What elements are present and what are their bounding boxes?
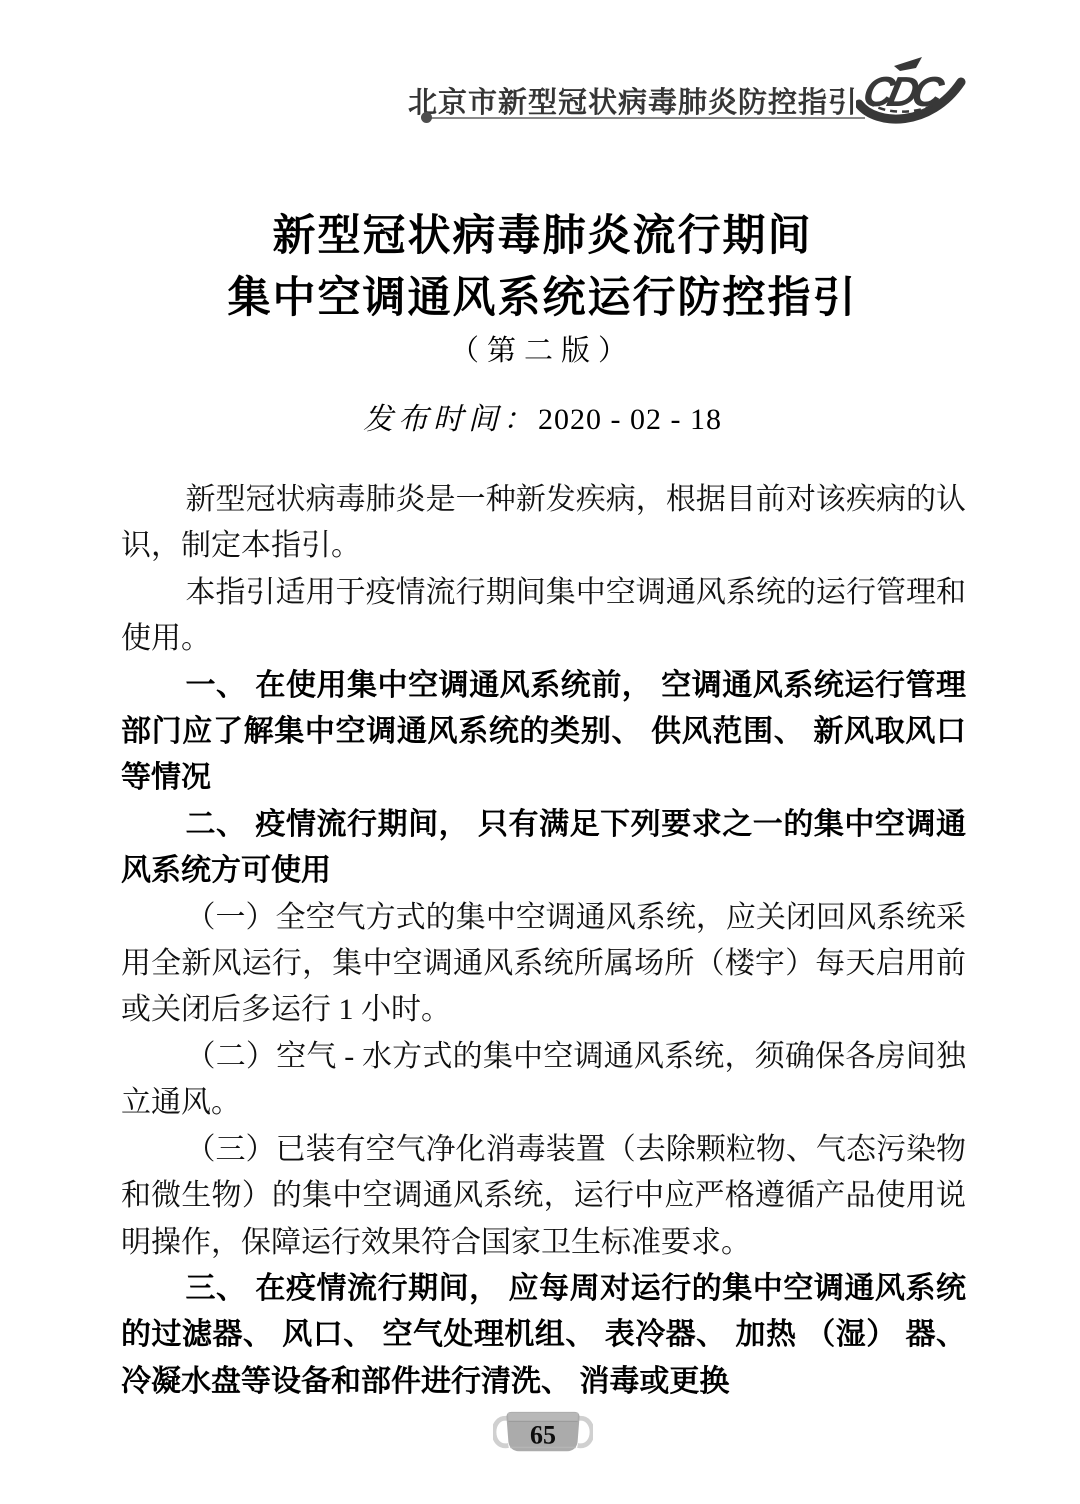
paragraph-item-1: （一）全空气方式的集中空调通风系统，应关闭回风系统采用全新风运行，集中空调通风系… — [121, 895, 966, 1034]
paragraph-item-2: （二）空气 - 水方式的集中空调通风系统，须确保各房间独立通风。 — [121, 1034, 966, 1127]
publish-date-value: 2020 - 02 - 18 — [538, 403, 722, 436]
section-heading-3: 三、 在疫情流行期间， 应每周对运行的集中空调通风系统的过滤器、 风口、 空气处… — [121, 1266, 966, 1405]
document-body: 新型冠状病毒肺炎是一种新发疾病，根据目前对该疾病的认识，制定本指引。 本指引适用… — [121, 477, 966, 1405]
face-mask-icon: 65 — [493, 1404, 593, 1462]
publish-line: 发布时间：2020 - 02 - 18 — [120, 394, 965, 438]
section-heading-2: 二、 疫情流行期间， 只有满足下列要求之一的集中空调通风系统方可使用 — [121, 802, 966, 895]
page-number: 65 — [530, 1421, 556, 1450]
mask-right-strap — [577, 1418, 591, 1446]
paragraph-item-3: （三）已装有空气净化消毒装置（去除颗粒物、气态污染物和微生物）的集中空调通风系统… — [121, 1127, 966, 1266]
paragraph-scope: 本指引适用于疫情流行期间集中空调通风系统的运行管理和使用。 — [121, 570, 966, 663]
section-heading-1: 一、 在使用集中空调通风系统前， 空调通风系统运行管理部门应了解集中空调通风系统… — [121, 663, 966, 802]
mask-left-strap — [493, 1418, 507, 1446]
cdc-logo-icon: CDC — [856, 54, 968, 132]
page-number-container: 65 — [120, 1404, 965, 1462]
header-title: 北京市新型冠状病毒肺炎防控指引 — [408, 80, 858, 121]
document-title-line1: 新型冠状病毒肺炎流行期间 — [120, 202, 965, 263]
edition-label: （第二版） — [120, 328, 965, 369]
document-title-line2: 集中空调通风系统运行防控指引 — [120, 264, 965, 325]
header-divider-dot — [421, 112, 432, 123]
header-divider-line — [428, 117, 865, 119]
mask-top-fold — [507, 1413, 577, 1421]
paragraph-intro: 新型冠状病毒肺炎是一种新发疾病，根据目前对该疾病的认识，制定本指引。 — [121, 477, 966, 570]
publish-date-label: 发布时间： — [363, 403, 538, 436]
